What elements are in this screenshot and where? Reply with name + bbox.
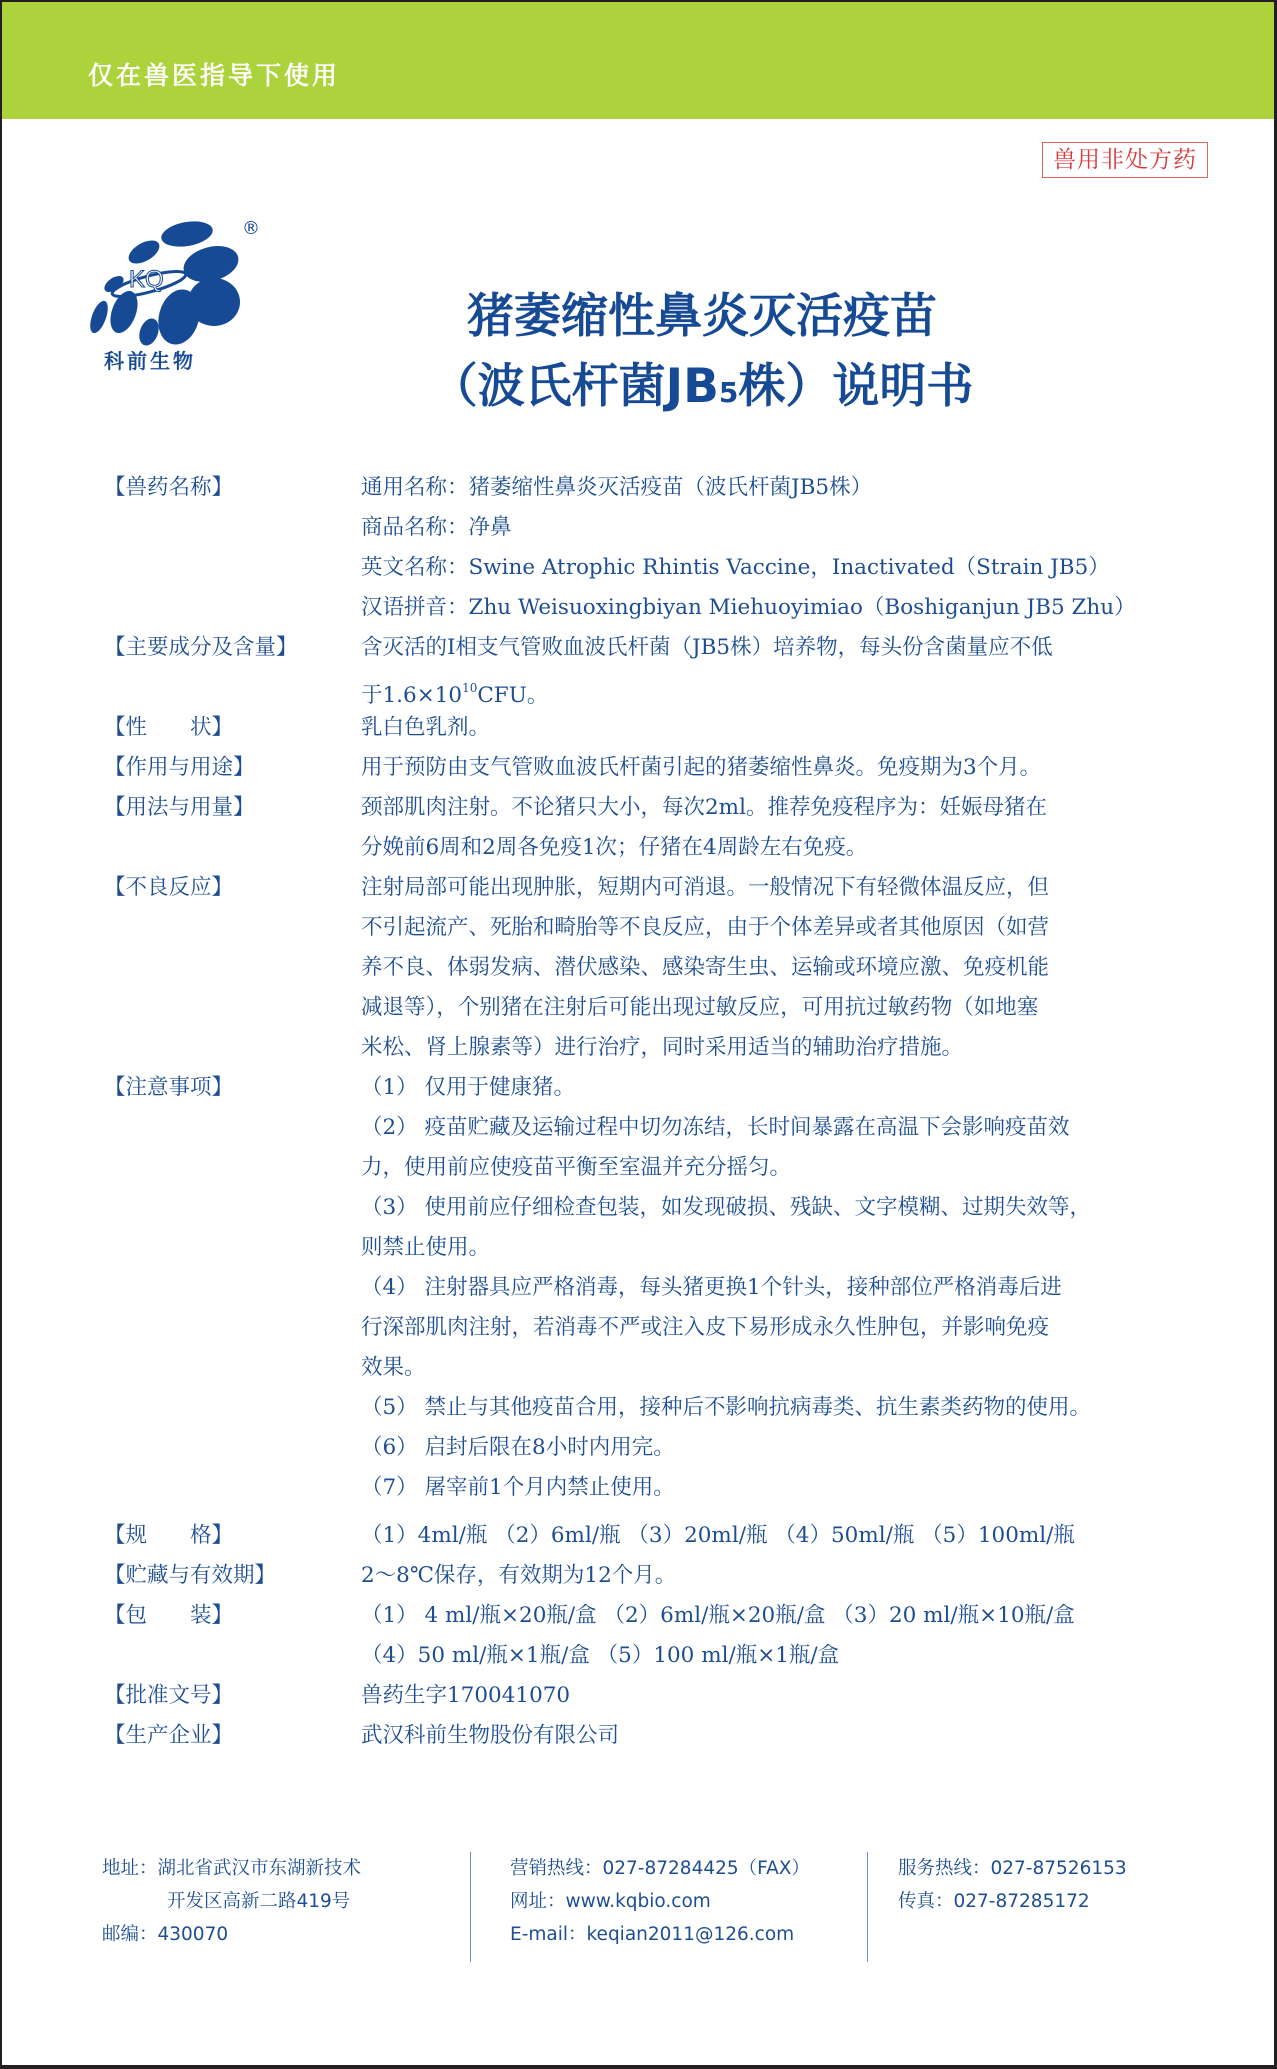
footer-divider <box>470 1852 471 1962</box>
section-composition: 【主要成分及含量】 含灭活的I相支气管败血波氏杆菌（JB5株）培养物，每头份含菌… <box>104 628 1214 708</box>
generic-name: 通用名称：猪萎缩性鼻炎灭活疫苗（波氏杆菌JB5株） <box>361 468 1214 508</box>
section-label: 【作用与用途】 <box>104 748 361 788</box>
section-label: 【贮藏与有效期】 <box>104 1556 361 1596</box>
dosage-line: 分娩前6周和2周各免疫1次；仔猪在4周龄左右免疫。 <box>361 828 1214 868</box>
section-label: 【性 状】 <box>104 708 361 748</box>
contact-footer: 地址：湖北省武汉市东湖新技术 开发区高新二路419号 邮编：430070 营销热… <box>2 1852 1274 1967</box>
precaution-line: 力，使用前应使疫苗平衡至室温并充分摇匀。 <box>361 1148 1214 1188</box>
company-short-name: 科前生物 <box>104 345 196 374</box>
precaution-line: （3） 使用前应仔细检查包装，如发现破损、残缺、文字模糊、过期失效等， <box>361 1188 1214 1228</box>
pinyin-name: 汉语拼音：Zhu Weisuoxingbiyan Miehuoyimiao（Bo… <box>361 588 1214 628</box>
adverse-line: 米松、肾上腺素等）进行治疗，同时采用适当的辅助治疗措施。 <box>361 1028 1214 1068</box>
adverse-line: 不引起流产、死胎和畸胎等不良反应，由于个体差异或者其他原因（如营 <box>361 908 1214 948</box>
section-label: 【规 格】 <box>104 1516 361 1556</box>
trade-name: 商品名称：净鼻 <box>361 508 1214 548</box>
footer-address-column: 地址：湖北省武汉市东湖新技术 开发区高新二路419号 邮编：430070 <box>102 1852 361 1951</box>
email-link[interactable]: E-mail：keqian2011@126.com <box>510 1918 810 1951</box>
adverse-line: 减退等），个别猪在注射后可能出现过敏反应，可用抗过敏药物（如地塞 <box>361 988 1214 1028</box>
packaging-line: （1） 4 ml/瓶×20瓶/盒 （2）6ml/瓶×20瓶/盒 （3）20 ml… <box>361 1596 1214 1636</box>
adverse-line: 注射局部可能出现肿胀，短期内可消退。一般情况下有轻微体温反应，但 <box>361 868 1214 908</box>
precaution-line: 则禁止使用。 <box>361 1228 1214 1268</box>
title-line-2: （波氏杆菌JB5株）说明书 <box>302 352 1102 428</box>
storage-text: 2～8℃保存，有效期为12个月。 <box>361 1556 1214 1596</box>
section-label: 【兽药名称】 <box>104 468 361 508</box>
character-text: 乳白色乳剂。 <box>361 708 1214 748</box>
section-packaging: 【包 装】 （1） 4 ml/瓶×20瓶/盒 （2）6ml/瓶×20瓶/盒 （3… <box>104 1596 1214 1676</box>
logo-mark: KQ <box>129 266 164 293</box>
manufacturer-name: 武汉科前生物股份有限公司 <box>361 1716 1214 1756</box>
service-hotline: 服务热线：027-87526153 <box>898 1852 1127 1885</box>
postcode: 邮编：430070 <box>102 1918 361 1951</box>
section-approval-number: 【批准文号】 兽药生字170041070 <box>104 1676 1214 1716</box>
title-line-1: 猪萎缩性鼻炎灭活疫苗 <box>302 282 1102 352</box>
section-drug-name: 【兽药名称】 通用名称：猪萎缩性鼻炎灭活疫苗（波氏杆菌JB5株） 商品名称：净鼻… <box>104 468 1214 628</box>
footer-service-column: 服务热线：027-87526153 传真：027-87285172 <box>898 1852 1127 1918</box>
section-indication: 【作用与用途】 用于预防由支气管败血波氏杆菌引起的猪萎缩性鼻炎。免疫期为3个月。 <box>104 748 1214 788</box>
website-link[interactable]: 网址：www.kqbio.com <box>510 1885 810 1918</box>
address-line-2: 开发区高新二路419号 <box>102 1885 361 1918</box>
section-dosage: 【用法与用量】 颈部肌肉注射。不论猪只大小，每次2ml。推荐免疫程序为：妊娠母猪… <box>104 788 1214 868</box>
section-label: 【不良反应】 <box>104 868 361 908</box>
precaution-line: （1） 仅用于健康猪。 <box>361 1068 1214 1108</box>
section-label: 【注意事项】 <box>104 1068 361 1108</box>
section-label: 【生产企业】 <box>104 1716 361 1756</box>
composition-line: 含灭活的I相支气管败血波氏杆菌（JB5株）培养物，每头份含菌量应不低 <box>361 628 1214 668</box>
adverse-line: 养不良、体弱发病、潜伏感染、感染寄生虫、运输或环境应激、免疫机能 <box>361 948 1214 988</box>
approval-number: 兽药生字170041070 <box>361 1676 1214 1716</box>
section-adverse-reactions: 【不良反应】 注射局部可能出现肿胀，短期内可消退。一般情况下有轻微体温反应，但 … <box>104 868 1214 1068</box>
precaution-line: （4） 注射器具应严格消毒，每头猪更换1个针头，接种部位严格消毒后进 <box>361 1268 1214 1308</box>
section-specification: 【规 格】 （1）4ml/瓶 （2）6ml/瓶 （3）20ml/瓶 （4）50m… <box>104 1516 1214 1556</box>
section-storage: 【贮藏与有效期】 2～8℃保存，有效期为12个月。 <box>104 1556 1214 1596</box>
section-label: 【批准文号】 <box>104 1676 361 1716</box>
section-label: 【用法与用量】 <box>104 788 361 828</box>
registered-mark: ® <box>242 218 260 239</box>
precaution-line: （5） 禁止与其他疫苗合用，接种后不影响抗病毒类、抗生素类药物的使用。 <box>361 1388 1214 1428</box>
section-label: 【主要成分及含量】 <box>104 628 361 668</box>
vet-guidance-notice: 仅在兽医指导下使用 <box>88 56 340 92</box>
package-insert-page: 仅在兽医指导下使用 兽用非处方药 KQ ® 科前生物 猪萎缩性鼻炎灭活疫苗 （波… <box>2 2 1274 2065</box>
address-line-1: 地址：湖北省武汉市东湖新技术 <box>102 1852 361 1885</box>
paw-logo-icon: KQ ® <box>84 212 274 347</box>
specification-text: （1）4ml/瓶 （2）6ml/瓶 （3）20ml/瓶 （4）50ml/瓶 （5… <box>361 1516 1214 1556</box>
indication-text: 用于预防由支气管败血波氏杆菌引起的猪萎缩性鼻炎。免疫期为3个月。 <box>361 748 1214 788</box>
page-title: 猪萎缩性鼻炎灭活疫苗 （波氏杆菌JB5株）说明书 <box>302 282 1102 428</box>
english-name: 英文名称：Swine Atrophic Rhintis Vaccine，Inac… <box>361 548 1214 588</box>
otc-badge: 兽用非处方药 <box>1042 142 1208 178</box>
sales-hotline: 营销热线：027-87284425（FAX） <box>510 1852 810 1885</box>
section-label: 【包 装】 <box>104 1596 361 1636</box>
dosage-line: 颈部肌肉注射。不论猪只大小，每次2ml。推荐免疫程序为：妊娠母猪在 <box>361 788 1214 828</box>
composition-line: 于1.6×1010CFU。 <box>361 668 1214 708</box>
packaging-line: （4）50 ml/瓶×1瓶/盒 （5）100 ml/瓶×1瓶/盒 <box>361 1636 1214 1676</box>
footer-sales-column: 营销热线：027-87284425（FAX） 网址：www.kqbio.com … <box>510 1852 810 1951</box>
top-banner: 仅在兽医指导下使用 <box>2 2 1274 119</box>
precaution-line: （7） 屠宰前1个月内禁止使用。 <box>361 1468 1214 1508</box>
section-manufacturer: 【生产企业】 武汉科前生物股份有限公司 <box>104 1716 1214 1756</box>
section-precautions: 【注意事项】 （1） 仅用于健康猪。 （2） 疫苗贮藏及运输过程中切勿冻结，长时… <box>104 1068 1214 1508</box>
precaution-line: 效果。 <box>361 1348 1214 1388</box>
company-logo: KQ ® 科前生物 <box>84 212 274 377</box>
precaution-line: （2） 疫苗贮藏及运输过程中切勿冻结，长时间暴露在高温下会影响疫苗效 <box>361 1108 1214 1148</box>
precaution-line: 行深部肌肉注射，若消毒不严或注入皮下易形成永久性肿包，并影响免疫 <box>361 1308 1214 1348</box>
insert-content: 【兽药名称】 通用名称：猪萎缩性鼻炎灭活疫苗（波氏杆菌JB5株） 商品名称：净鼻… <box>104 468 1214 1756</box>
section-character: 【性 状】 乳白色乳剂。 <box>104 708 1214 748</box>
footer-divider <box>867 1852 868 1962</box>
fax-number: 传真：027-87285172 <box>898 1885 1127 1918</box>
precaution-line: （6） 启封后限在8小时内用完。 <box>361 1428 1214 1468</box>
